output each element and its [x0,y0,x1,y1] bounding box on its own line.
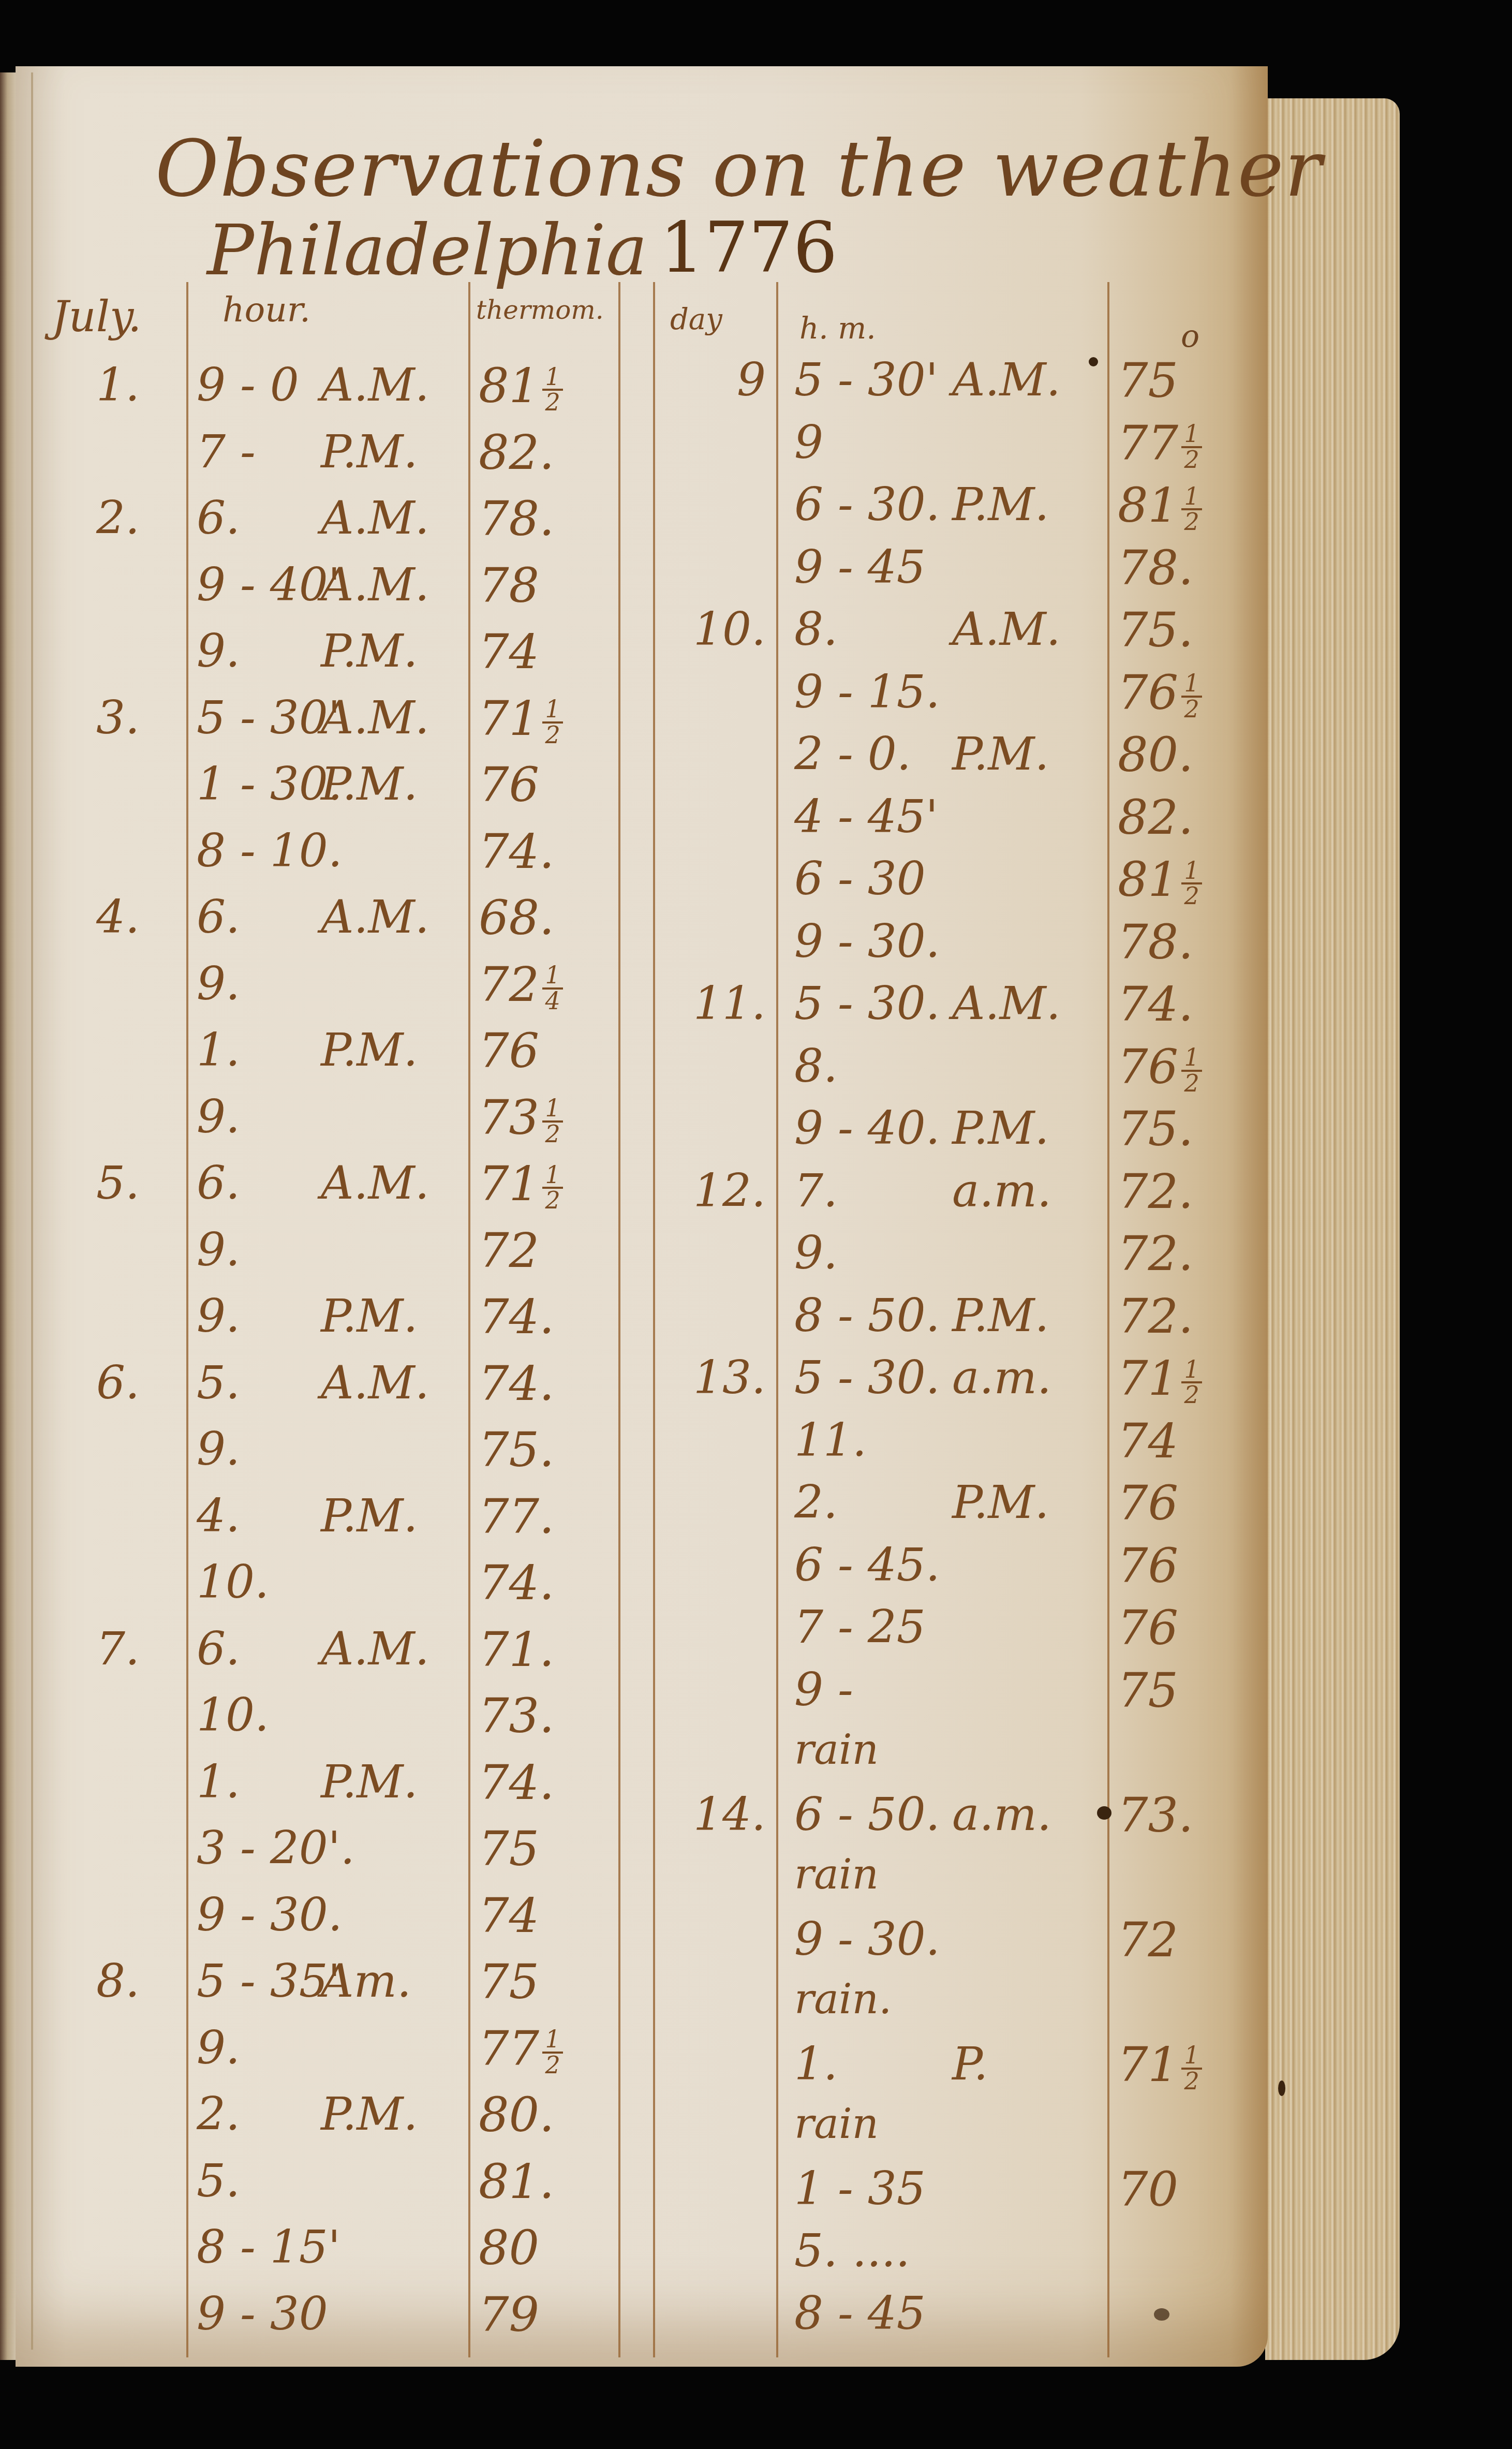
ampm-label: P.M. [321,1027,418,1073]
time-value: 7 - 25 [794,1604,926,1650]
fraction-half: 12 [1181,1359,1202,1406]
temperature-value: 75 [1118,357,1178,405]
time-value: 6 - 30 [794,856,926,902]
fraction-half: 12 [542,1098,563,1145]
time-value: 10. [197,1692,269,1738]
ampm-label: A.M. [321,894,429,940]
time-value: 9 - 30. [794,919,940,964]
time-value: 2. [794,1480,838,1525]
fraction-half: 14 [542,965,563,1012]
day-label: 3. [62,695,140,741]
ampm-label: A.M. [952,607,1061,652]
time-value: 5. [197,2158,240,2204]
fraction-half: 12 [542,1164,563,1212]
fraction-half: 12 [1181,860,1202,907]
time-value: 9 - 30. [197,1892,343,1938]
time-value: 9 - [794,1667,853,1713]
temperature-value: 68. [479,894,554,942]
temperature-value: 74 [1118,1418,1178,1465]
day-label: 7. [62,1626,140,1672]
temperature-value: 74 [479,628,539,676]
day-label: 14. [688,1792,766,1837]
temperature-value: 78. [1118,544,1193,592]
weather-note: rain [794,1729,879,1771]
temperature-value: 76 [479,761,539,809]
temperature-value: 74. [1118,981,1193,1028]
day-label: 1. [62,362,140,408]
temperature-value: 80. [479,2091,554,2139]
temperature-value: 76 [479,1027,539,1075]
ampm-label: P.M. [952,731,1049,777]
ampm-label: a.m. [952,1355,1051,1400]
temperature-value: 78. [479,495,554,543]
temperature-value: 8112 [1118,856,1202,907]
temperature-value: 72. [1118,1230,1193,1278]
rule-right-day-hour [776,282,778,2357]
place-label: Philadelphia [207,210,647,291]
temperature-value: 75. [1118,1105,1193,1153]
temperature-value: 72 [1118,1916,1178,1964]
ampm-label: P.M. [321,761,418,807]
time-value: 9 - 30 [197,2291,328,2337]
ampm-label: A.M. [321,1160,429,1206]
ampm-label: A.M. [321,1360,429,1406]
rule-left-hour-thermom [468,282,470,2357]
day-label: 4. [62,894,140,940]
rule-right-hour-thermom [1107,282,1109,2357]
temperature-value: 75 [479,1825,539,1873]
temperature-value: 7214 [479,961,563,1012]
binding-gutter [31,72,33,2350]
temperature-value: 7612 [1118,1043,1202,1094]
time-value: 9. [197,1426,240,1472]
ink-blot [1278,2081,1285,2096]
time-value: 9 - 40' [197,562,340,608]
temperature-value: 8112 [1118,482,1202,533]
time-value: 7 - [197,429,256,475]
time-value: 4. [197,1493,240,1539]
ampm-label: Am. [321,1958,411,2004]
temperature-value: 7612 [1118,669,1202,720]
time-value: 9 - 30. [794,1916,940,1962]
fraction-half: 12 [1181,1047,1202,1094]
temperature-value: 74. [479,1559,554,1607]
time-value: 9. [197,1227,240,1273]
ampm-label: P.M. [321,429,418,475]
book-page-edges [1265,98,1400,2360]
time-value: 5. [197,1360,240,1406]
fraction-half: 12 [542,2029,563,2076]
time-value: 5 - 30. [794,981,940,1026]
day-label: 6. [62,1360,140,1406]
time-value: 8 - 50. [794,1293,940,1338]
temperature-value: 82. [479,429,554,477]
ampm-label: P.M. [321,1493,418,1539]
ampm-label: A.M. [321,1626,429,1672]
temperature-value: 8112 [479,362,563,413]
temperature-value: 74. [479,828,554,876]
time-value: 1 - 35 [794,2166,926,2211]
fraction-half: 12 [1181,423,1202,470]
time-value: 8 - 10. [197,828,343,874]
temperature-value: 81. [479,2158,554,2206]
temperature-value: 76 [1118,1480,1178,1527]
temperature-value: 71. [479,1626,554,1674]
header-thermometer: thermom. [476,295,604,325]
time-value: 9. [197,1094,240,1140]
temperature-value: 75. [479,1426,554,1474]
ampm-label: A.M. [952,981,1061,1026]
temperature-value: 78 [479,562,539,610]
temperature-value: 7712 [1118,420,1202,470]
time-value: 9 - 40. [794,1105,940,1151]
time-value: 3 - 20'. [197,1825,355,1871]
temperature-value: 74. [479,1759,554,1807]
fraction-half: 12 [1181,2045,1202,2092]
fraction-half: 12 [542,699,563,746]
time-value: 8. [794,607,838,652]
time-value: 6. [197,495,240,541]
temperature-value: 73. [1118,1792,1193,1839]
time-value: 5 - 35' [197,1958,340,2004]
rule-left-thermom-right [618,282,620,2357]
time-value: 1. [794,2041,838,2087]
day-label: 12. [688,1168,766,1214]
ampm-label: P.M. [952,1293,1049,1338]
ampm-label: P.M. [321,1759,418,1805]
ampm-label: A.M. [321,695,429,741]
page-title: Observations on the weather [155,124,1323,214]
time-value: 6 - 50. [794,1792,940,1837]
temperature-value: 76 [1118,1604,1178,1652]
weather-note: rain [794,1854,879,1895]
time-value: 7. [794,1168,838,1214]
day-label: 11. [688,981,766,1026]
time-value: 1. [197,1759,240,1805]
header-month: July. [52,292,141,342]
time-value: 2 - 0. [794,731,911,777]
time-value: 6. [197,1160,240,1206]
temperature-value: 77. [479,1493,554,1541]
time-value: 9 - 0 [197,362,299,408]
header-degree-mark: o [1181,318,1199,355]
temperature-value: 7712 [479,2025,563,2076]
weather-note: rain. [794,1979,892,2020]
time-value: 8. [794,1043,838,1089]
temperature-value: 75. [1118,607,1193,654]
ampm-label: P.M. [321,2091,418,2137]
ampm-label: P. [952,2041,988,2087]
time-value: 9. [197,961,240,1007]
time-value: 9. [197,1293,240,1339]
temperature-value: 74 [479,1892,539,1940]
time-value: 9 [794,420,823,465]
temperature-value: 7112 [1118,2041,1202,2092]
time-value: 9 - 15. [794,669,940,715]
temperature-value: 70 [1118,2166,1178,2214]
time-value: 6 - 30. [794,482,940,527]
time-value: 5 - 30' [197,695,340,741]
header-day: day [670,303,722,336]
temperature-value: 75 [479,1958,539,2006]
fraction-half: 12 [1181,673,1202,720]
time-value: 5. .... [794,2228,910,2274]
time-value: 5 - 30. [794,1355,940,1400]
ampm-label: A.M. [321,495,429,541]
ampm-label: A.M. [321,362,429,408]
ampm-label: P.M. [952,1105,1049,1151]
temperature-value: 80 [479,2224,539,2272]
time-value: 1. [197,1027,240,1073]
time-value: 4 - 45' [794,794,938,839]
ampm-label: A.M. [952,357,1061,403]
time-value: 6. [197,894,240,940]
temperature-value: 82. [1118,794,1193,842]
time-value: 9 - 45 [794,544,926,590]
day-label: 2. [62,495,140,541]
temperature-value: 76 [1118,1542,1178,1590]
rule-right-margin [653,282,655,2357]
ink-blot [1089,357,1098,366]
year-label: 1776 [660,207,838,288]
ampm-label: a.m. [952,1168,1051,1214]
time-value: 6 - 45. [794,1542,940,1588]
ink-blot [1097,1806,1111,1820]
time-value: 9. [197,628,240,674]
ampm-label: P.M. [321,1293,418,1339]
temperature-value: 75 [1118,1667,1178,1715]
day-label: 9 [688,357,766,403]
time-value: 2. [197,2091,240,2137]
time-value: 5 - 30' [794,357,938,403]
temperature-value: 7112 [479,1160,563,1211]
day-label: 13. [688,1355,766,1400]
temperature-value: 72. [1118,1293,1193,1340]
header-hour-minute: h. m. [799,311,876,346]
day-label: 8. [62,1958,140,2004]
time-value: 8 - 15' [197,2224,340,2270]
header-hour: hour. [223,290,310,330]
temperature-value: 7112 [479,695,563,746]
time-value: 6. [197,1626,240,1672]
time-value: 11. [794,1418,867,1463]
time-value: 9. [197,2025,240,2071]
fraction-half: 12 [1181,486,1202,533]
temperature-value: 74. [479,1293,554,1341]
time-value: 8 - 45 [794,2291,926,2336]
ampm-label: a.m. [952,1792,1051,1837]
ampm-label: A.M. [321,562,429,608]
time-value: 9. [794,1230,838,1276]
weather-note: rain [794,2103,879,2145]
temperature-value: 78. [1118,919,1193,966]
ampm-label: P.M. [321,628,418,674]
day-label: 10. [688,607,766,652]
temperature-value: 72. [1118,1168,1193,1216]
rule-left-day-hour [186,282,188,2357]
ampm-label: P.M. [952,1480,1049,1525]
temperature-value: 80. [1118,731,1193,779]
temperature-value: 73. [479,1692,554,1740]
temperature-value: 74. [479,1360,554,1408]
ink-stain [1154,2308,1169,2321]
fraction-half: 12 [542,366,563,414]
time-value: 10. [197,1559,269,1605]
day-label: 5. [62,1160,140,1206]
temperature-value: 7312 [479,1094,563,1145]
temperature-value: 79 [479,2291,539,2339]
temperature-value: 7112 [1118,1355,1202,1406]
ampm-label: P.M. [952,482,1049,527]
temperature-value: 72 [479,1227,539,1275]
